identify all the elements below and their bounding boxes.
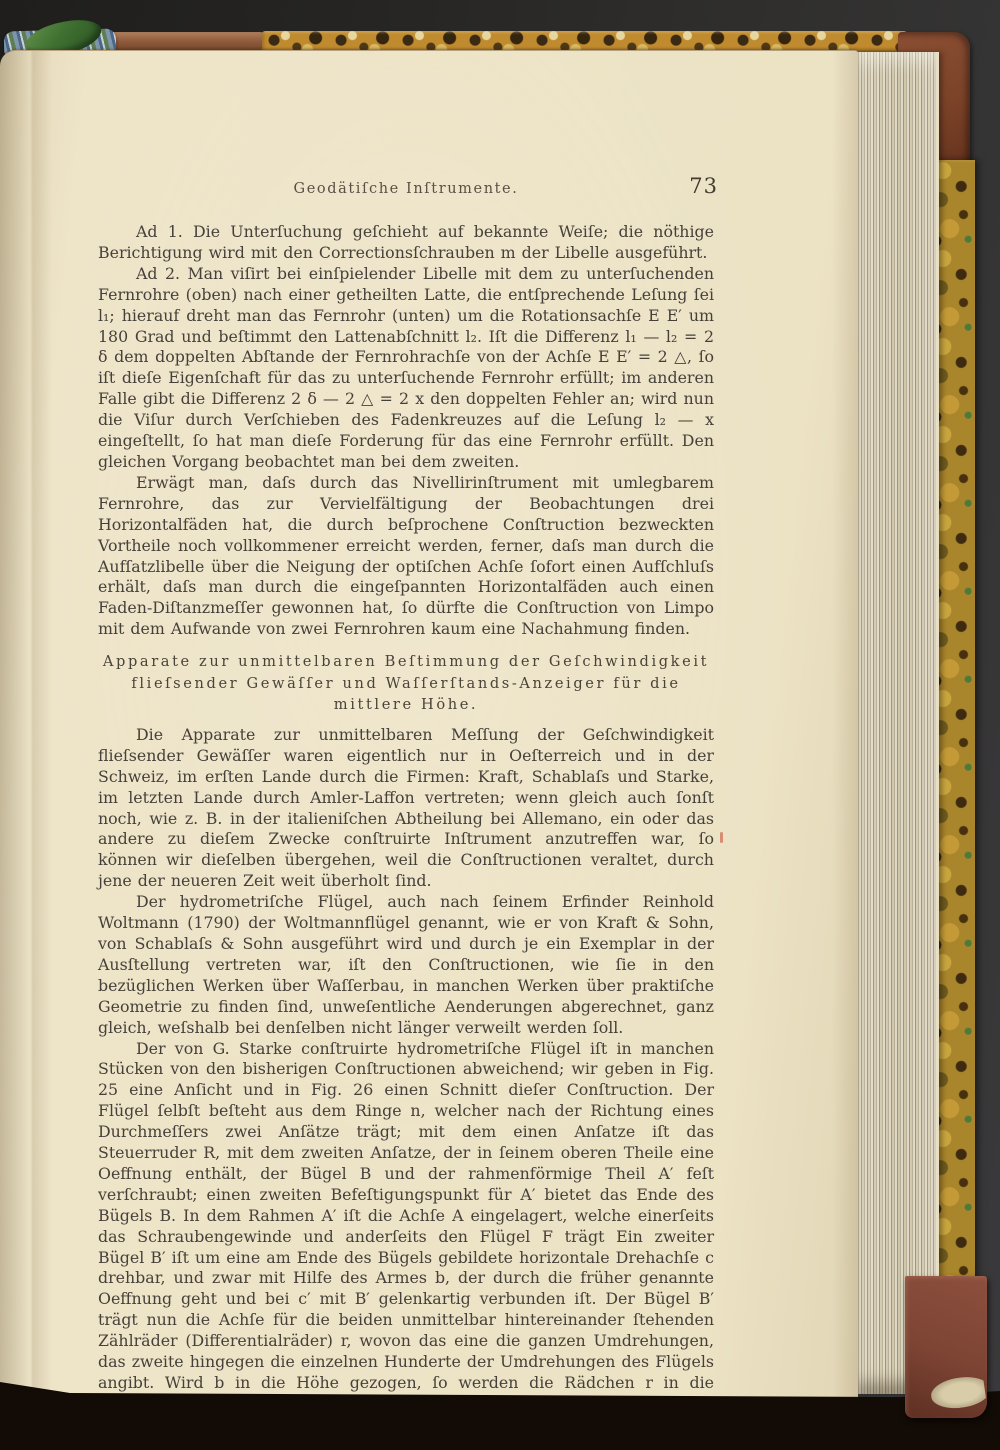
paragraph-starke-fluegel: Der von G. Starke conſtruirte hydrometri… (98, 1039, 714, 1415)
paragraph-woltmann: Der hydrometriſche Flügel, auch nach ſei… (98, 892, 714, 1038)
worn-patch (929, 1374, 987, 1411)
leather-corner-bottom-right (905, 1276, 987, 1418)
running-header: Geodätiſche Inſtrumente. (98, 181, 714, 197)
section-heading-line-1: Apparate zur unmittelbaren Beſtimmung de… (98, 651, 714, 673)
page-header: Geodätiſche Inſtrumente. 73 (98, 181, 714, 209)
page-number: 73 (689, 174, 718, 198)
section-heading: Apparate zur unmittelbaren Beſtimmung de… (98, 651, 714, 716)
paragraph-ad1: Ad 1. Die Unterſuchung geſchieht auf bek… (98, 222, 714, 264)
page-content: Geodätiſche Inſtrumente. 73 Ad 1. Die Un… (98, 181, 714, 1415)
book-page: Geodätiſche Inſtrumente. 73 Ad 1. Die Un… (0, 50, 858, 1399)
book-photo-scene: Geodätiſche Inſtrumente. 73 Ad 1. Die Un… (0, 0, 1000, 1450)
red-ink-mark (720, 832, 723, 843)
paragraph-apparate: Die Apparate zur unmittelbaren Meſſung d… (98, 725, 714, 892)
section-heading-line-3: mittlere Höhe. (98, 694, 714, 716)
section-heading-line-2: flieſsender Gewäſſer und Waſſerſtands-An… (98, 673, 714, 695)
page-fore-edge-stack (855, 52, 939, 1394)
paragraph-ad2: Ad 2. Man viſirt bei einſpielender Libel… (98, 264, 714, 473)
paragraph-erwaegt: Erwägt man, daſs durch das Nivellirinſtr… (98, 473, 714, 640)
